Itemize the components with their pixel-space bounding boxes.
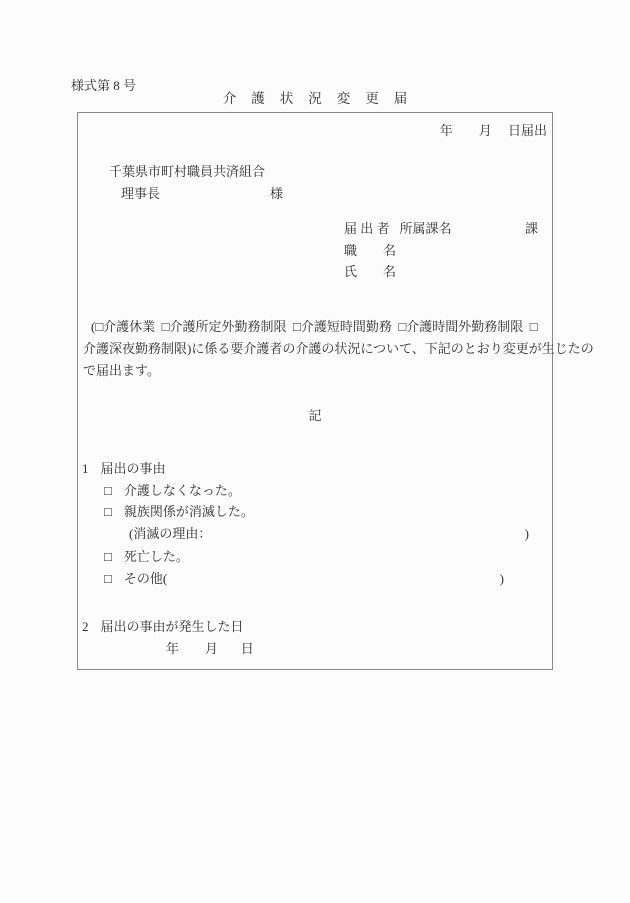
- body-paragraph-line-1: (□介護休業 □介護所定外勤務制限 □介護短時間勤務 □介護時間外勤務制限 □: [83, 319, 538, 335]
- reason-note-open: (消滅の理由：: [129, 526, 211, 542]
- applicant-label: 届 出 者: [344, 221, 390, 237]
- section2-heading: 届出の事由が発生した日: [101, 619, 244, 635]
- applicant-position-row: 職 名: [344, 243, 396, 259]
- reason-item-label: 親族関係が消滅した。: [124, 504, 254, 520]
- honorific: 様: [270, 186, 283, 202]
- body-paragraph-line-2: 介護深夜勤務制限)に係る要介護者の介護の状況について、下記のとおり変更が生じたの: [83, 341, 594, 357]
- checkbox-icon[interactable]: □: [104, 549, 112, 565]
- section1-heading-row: 1 届出の事由: [82, 461, 166, 477]
- checkbox-icon[interactable]: □: [104, 504, 112, 520]
- document-page: 様式第 8 号 介護状況変更届 年 月 日届出 千葉県市町村職員共済組合 理事長…: [0, 0, 630, 903]
- reason-note-close-paren: ): [525, 526, 529, 542]
- relationship-end-reason-row: (消滅の理由： ): [129, 526, 529, 542]
- section2-heading-row: 2 届出の事由が発生した日: [82, 619, 244, 635]
- checkbox-icon[interactable]: □: [104, 571, 112, 587]
- applicant-name-row: 氏 名: [344, 264, 396, 280]
- department-name-label: 所属課名: [400, 221, 452, 237]
- organization-name: 千葉県市町村職員共済組合: [109, 164, 265, 180]
- addressee-title: 理事長: [121, 186, 160, 202]
- occurrence-date-line: 年 月 日: [166, 641, 254, 657]
- department-suffix: 課: [525, 221, 538, 237]
- section2-number: 2: [82, 619, 89, 635]
- reason-item-label: その他(: [124, 571, 167, 587]
- checkbox-icon[interactable]: □: [104, 483, 112, 499]
- reason-item-no-longer-caring: □ 介護しなくなった。: [104, 483, 241, 499]
- other-close-paren: ): [500, 571, 504, 587]
- submission-date-line: 年 月 日届出: [440, 123, 547, 139]
- addressee-line: 理事長 様: [121, 186, 283, 202]
- reason-item-label: 死亡した。: [124, 549, 189, 565]
- applicant-department-row: 届 出 者 所属課名 課: [344, 221, 538, 237]
- document-title: 介護状況変更届: [77, 91, 553, 108]
- body-paragraph-line-3: で届出ます。: [83, 363, 160, 379]
- reason-item-relationship-ended: □ 親族関係が消滅した。: [104, 504, 254, 520]
- reason-item-deceased: □ 死亡した。: [104, 549, 189, 565]
- reason-item-label: 介護しなくなった。: [124, 483, 241, 499]
- note-marker: 記: [78, 408, 552, 424]
- reason-item-other: □ その他( ): [104, 571, 504, 587]
- section1-number: 1: [82, 461, 89, 477]
- section1-heading: 届出の事由: [101, 461, 166, 477]
- form-border-box: 年 月 日届出 千葉県市町村職員共済組合 理事長 様 届 出 者 所属課名 課 …: [77, 112, 553, 670]
